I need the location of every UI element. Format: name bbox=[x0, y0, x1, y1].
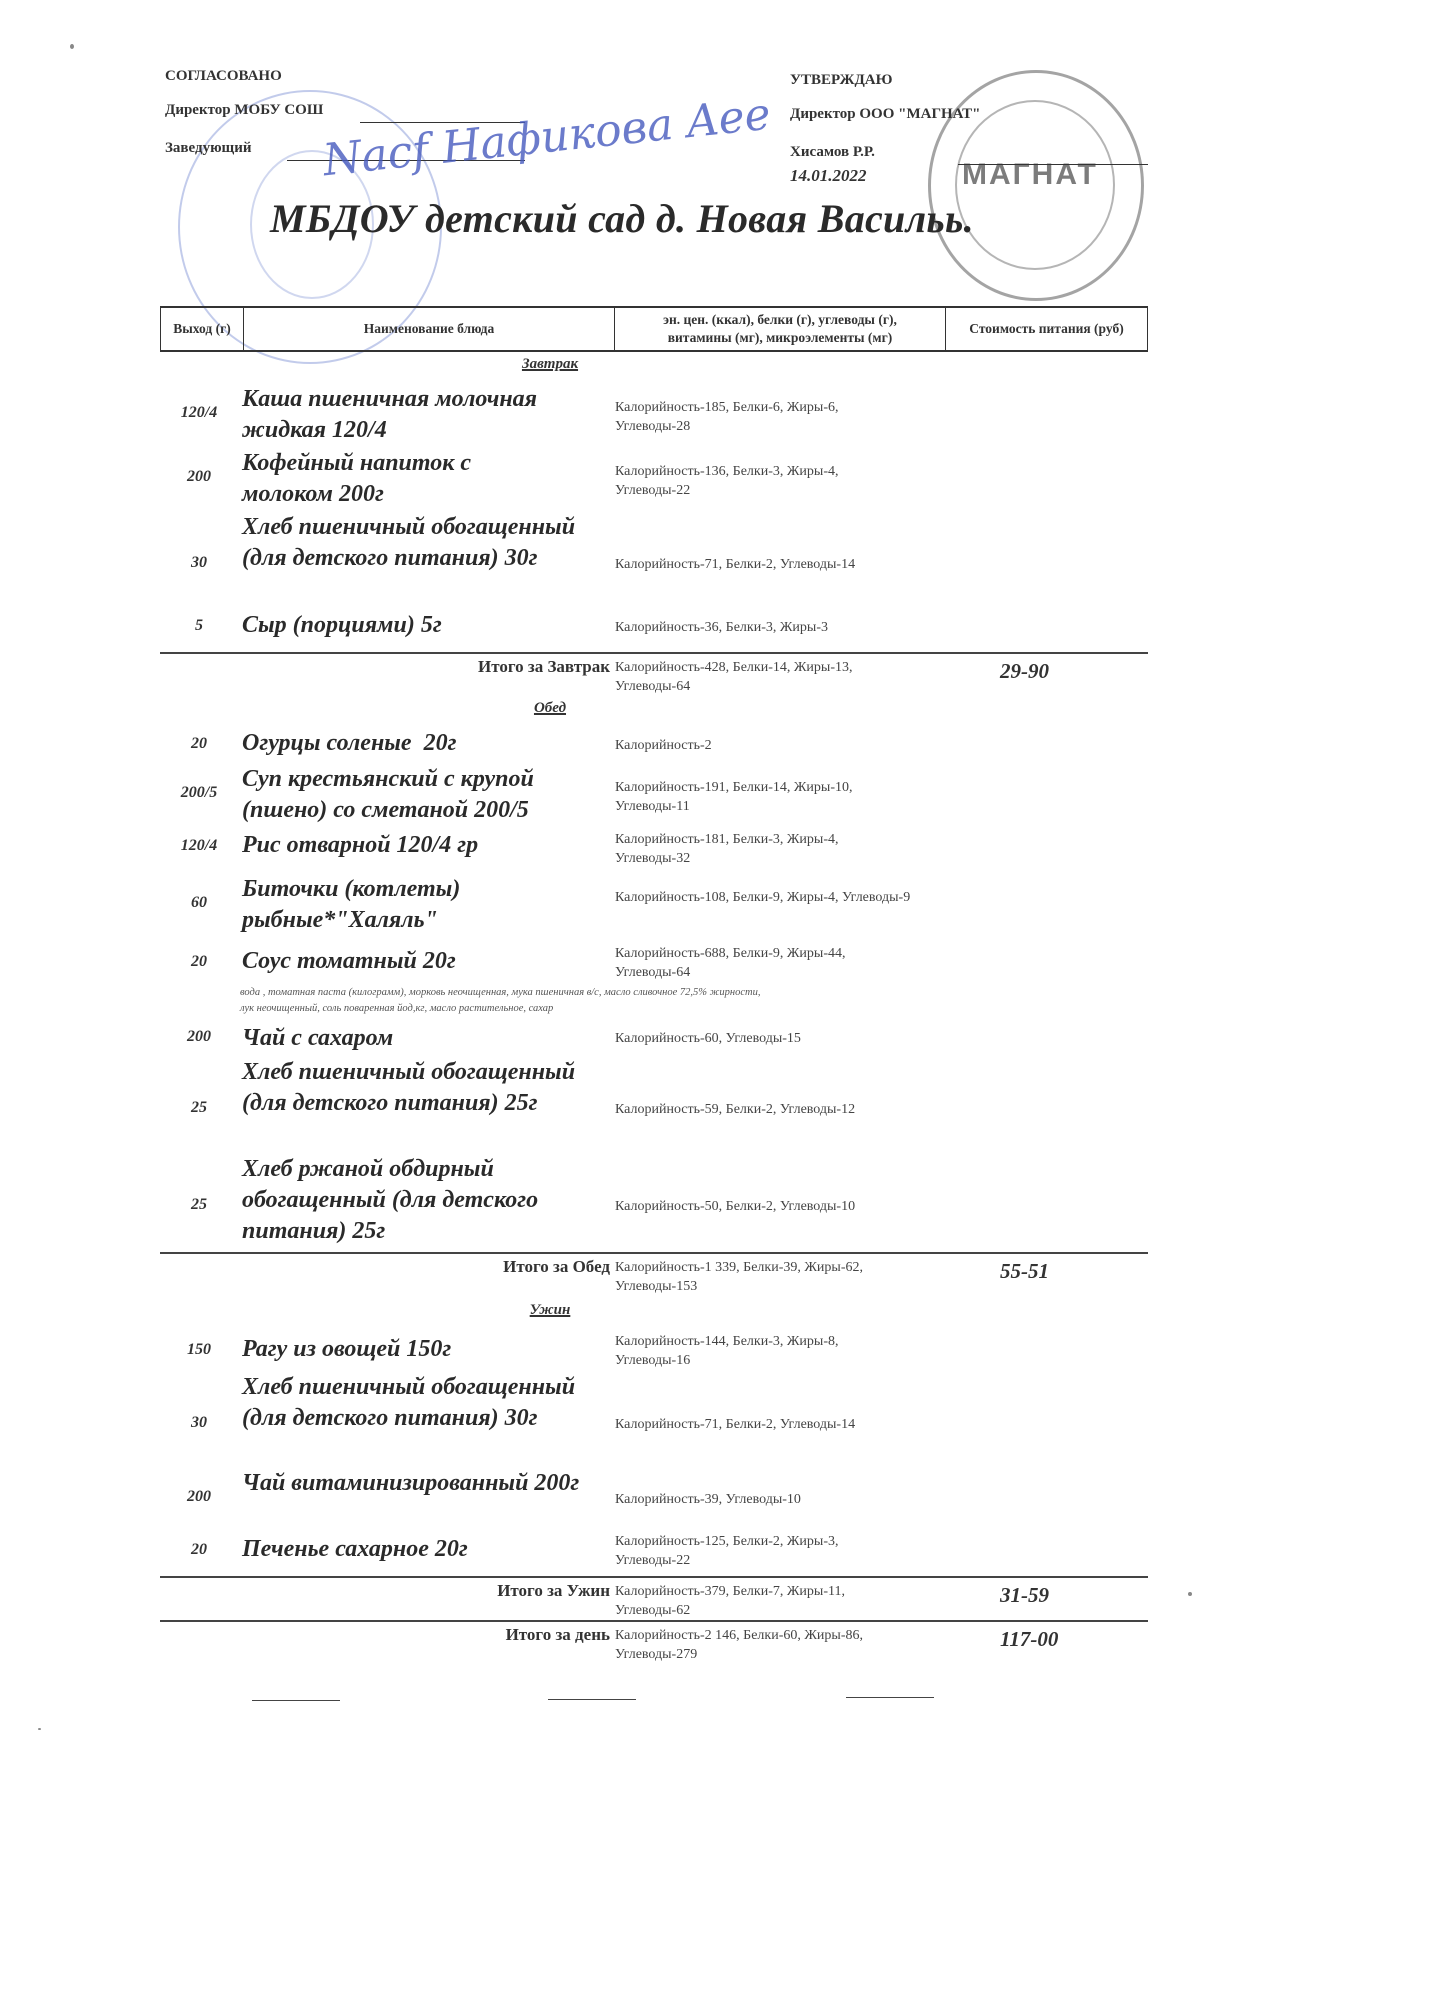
bottom-signature-line-2 bbox=[548, 1699, 636, 1700]
scan-speck bbox=[70, 44, 74, 49]
row-nutrition: Калорийность-59, Белки-2, Углеводы-12 bbox=[615, 1100, 935, 1119]
cost-breakfast: 29-90 bbox=[1000, 659, 1100, 684]
total-nutrition-dinner: Калорийность-379, Белки-7, Жиры-11, Угле… bbox=[615, 1582, 915, 1620]
row-nutrition: Калорийность-39, Углеводы-10 bbox=[615, 1490, 915, 1509]
row-dish: Чай витаминизированный 200г bbox=[242, 1468, 592, 1499]
row-dish: Сыр (порциями) 5г bbox=[242, 610, 612, 641]
column-header-cost: Стоимость питания (руб) bbox=[946, 308, 1147, 350]
row-output: 25 bbox=[160, 1099, 238, 1117]
cost-lunch: 55-51 bbox=[1000, 1259, 1100, 1284]
row-dish: Хлеб пшеничный обогащенный (для детского… bbox=[242, 1057, 592, 1119]
total-label-dinner: Итого за Ужин bbox=[160, 1581, 610, 1601]
row-dish: Хлеб пшеничный обогащенный (для детского… bbox=[242, 1372, 592, 1434]
row-nutrition: Калорийность-71, Белки-2, Углеводы-14 bbox=[615, 555, 935, 574]
section-divider bbox=[160, 1576, 1148, 1578]
row-output: 200 bbox=[160, 1488, 238, 1506]
row-output: 60 bbox=[160, 894, 238, 912]
sauce-ingredients: вода , томатная паста (килограмм), морко… bbox=[240, 985, 940, 1017]
column-header-nutrition-line1: эн. цен. (ккал), белки (г), углеводы (г)… bbox=[663, 312, 897, 327]
approval-left-role: Заведующий bbox=[165, 140, 251, 157]
section-title-dinner: Ужин bbox=[160, 1302, 940, 1319]
row-output: 20 bbox=[160, 735, 238, 753]
total-label-lunch: Итого за Обед bbox=[160, 1257, 610, 1277]
section-title-breakfast: Завтрак bbox=[160, 356, 940, 373]
row-output: 150 bbox=[160, 1341, 238, 1359]
sauce-ingredients-line1: вода , томатная паста (килограмм), морко… bbox=[240, 985, 940, 1001]
approval-right-heading: УТВЕРЖДАЮ bbox=[790, 72, 893, 89]
row-output: 20 bbox=[160, 953, 238, 971]
row-output: 200 bbox=[160, 1028, 238, 1046]
column-header-dish: Наименование блюда bbox=[244, 308, 615, 350]
day-total-divider bbox=[160, 1620, 1148, 1622]
row-dish: Суп крестьянский с крупой (пшено) со сме… bbox=[242, 764, 612, 826]
row-nutrition: Калорийность-36, Белки-3, Жиры-3 bbox=[615, 618, 915, 637]
row-nutrition: Калорийность-688, Белки-9, Жиры-44, Угле… bbox=[615, 944, 915, 982]
row-nutrition: Калорийность-108, Белки-9, Жиры-4, Углев… bbox=[615, 888, 915, 907]
scan-speck bbox=[38, 1728, 41, 1730]
column-header-nutrition-line2: витамины (мг), микроэлементы (мг) bbox=[668, 330, 893, 345]
row-output: 120/4 bbox=[160, 404, 238, 422]
row-output: 200 bbox=[160, 468, 238, 486]
row-dish: Кофейный напиток с молоком 200г bbox=[242, 448, 542, 510]
total-label-day: Итого за день bbox=[160, 1625, 610, 1645]
section-divider bbox=[160, 652, 1148, 654]
row-nutrition: Калорийность-181, Белки-3, Жиры-4, Углев… bbox=[615, 830, 915, 868]
total-nutrition-day: Калорийность-2 146, Белки-60, Жиры-86, У… bbox=[615, 1626, 915, 1664]
row-dish: Печенье сахарное 20г bbox=[242, 1534, 612, 1565]
row-nutrition: Калорийность-144, Белки-3, Жиры-8, Углев… bbox=[615, 1332, 915, 1370]
table-header: Выход (г) Наименование блюда эн. цен. (к… bbox=[160, 306, 1148, 352]
bottom-signature-line-1 bbox=[252, 1700, 340, 1701]
row-nutrition: Калорийность-125, Белки-2, Жиры-3, Углев… bbox=[615, 1532, 915, 1570]
row-output: 30 bbox=[160, 554, 238, 572]
bottom-signature-line-3 bbox=[846, 1697, 934, 1698]
row-dish: Огурцы соленые 20г bbox=[242, 728, 612, 759]
approval-right-name: Хисамов Р.Р. bbox=[790, 144, 875, 161]
row-output: 25 bbox=[160, 1196, 238, 1214]
row-nutrition: Калорийность-60, Углеводы-15 bbox=[615, 1029, 915, 1048]
row-output: 200/5 bbox=[160, 784, 238, 802]
row-dish: Каша пшеничная молочная жидкая 120/4 bbox=[242, 384, 612, 446]
row-output: 20 bbox=[160, 1541, 238, 1559]
row-dish: Чай с сахаром bbox=[242, 1023, 612, 1054]
row-nutrition: Калорийность-50, Белки-2, Углеводы-10 bbox=[615, 1197, 935, 1216]
total-nutrition-lunch: Калорийность-1 339, Белки-39, Жиры-62, У… bbox=[615, 1258, 915, 1296]
row-output: 30 bbox=[160, 1414, 238, 1432]
row-dish: Хлеб ржаной обдирный обогащенный (для де… bbox=[242, 1154, 592, 1247]
column-header-output: Выход (г) bbox=[161, 308, 244, 350]
approval-left-heading: СОГЛАСОВАНО bbox=[165, 68, 282, 85]
row-nutrition: Калорийность-136, Белки-3, Жиры-4, Углев… bbox=[615, 462, 915, 500]
approval-right-position: Директор ООО "МАГНАТ" bbox=[790, 106, 981, 123]
row-nutrition: Калорийность-191, Белки-14, Жиры-10, Угл… bbox=[615, 778, 915, 816]
cost-dinner: 31-59 bbox=[1000, 1583, 1100, 1608]
row-output: 120/4 bbox=[160, 837, 238, 855]
row-dish: Биточки (котлеты) рыбные*"Халяль" bbox=[242, 874, 522, 936]
column-header-nutrition: эн. цен. (ккал), белки (г), углеводы (г)… bbox=[615, 308, 946, 350]
total-nutrition-breakfast: Калорийность-428, Белки-14, Жиры-13, Угл… bbox=[615, 658, 915, 696]
scan-speck bbox=[1188, 1592, 1192, 1596]
row-dish: Хлеб пшеничный обогащенный (для детского… bbox=[242, 512, 592, 574]
page-title: МБДОУ детский сад д. Новая Васильь. bbox=[270, 195, 974, 242]
approval-date: 14.01.2022 bbox=[790, 166, 867, 186]
row-dish: Рис отварной 120/4 гр bbox=[242, 830, 612, 861]
approval-left-signature: Nacf Нафикова Aee bbox=[321, 89, 773, 187]
section-title-lunch: Обед bbox=[160, 700, 940, 717]
total-label-breakfast: Итого за Завтрак bbox=[160, 657, 610, 677]
sauce-ingredients-line2: лук неочищенный, соль поваренная йод,кг,… bbox=[240, 1001, 940, 1017]
row-output: 5 bbox=[160, 617, 238, 635]
row-nutrition: Калорийность-2 bbox=[615, 736, 915, 755]
section-divider bbox=[160, 1252, 1148, 1254]
row-dish: Рагу из овощей 150г bbox=[242, 1334, 612, 1365]
row-nutrition: Калорийность-71, Белки-2, Углеводы-14 bbox=[615, 1415, 935, 1434]
approval-right-signature-line bbox=[958, 164, 1148, 165]
row-nutrition: Калорийность-185, Белки-6, Жиры-6, Углев… bbox=[615, 398, 915, 436]
approval-left-position: Директор МОБУ СОШ bbox=[165, 102, 323, 119]
row-dish: Соус томатный 20г bbox=[242, 946, 612, 977]
cost-day: 117-00 bbox=[1000, 1627, 1100, 1652]
